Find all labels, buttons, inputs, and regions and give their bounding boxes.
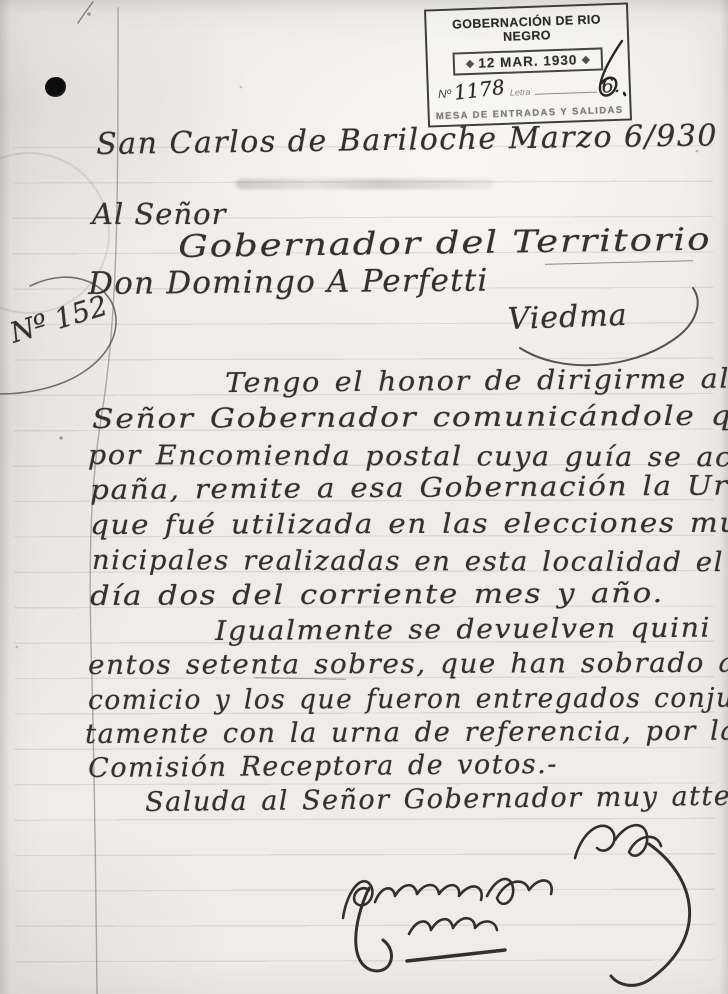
ghost-smudge (236, 179, 494, 189)
scanned-letter-page: GOBERNACIÓN DE RIO NEGRO 12 MAR. 1930 Nº… (0, 0, 728, 994)
body-line-3: por Encomienda postal cuya guía se acom (88, 440, 728, 473)
body-line-4: paña, remite a esa Gobernación la Urna (90, 470, 728, 506)
body-line-2: Señor Gobernador comunicándole que (92, 400, 728, 435)
signature-flourish (305, 810, 725, 994)
stamp-handwritten-figure (588, 36, 634, 110)
body-line-11: tamente con la urna de referencia, por l… (85, 716, 728, 750)
body-line-5: que fué utilizada en las elecciones mu (90, 508, 728, 541)
body-line-1: Tengo el honor de dirigirme al (225, 364, 728, 399)
stamp-number-label: Nº (438, 87, 452, 101)
body-line-10: comicio y los que fueron entregados conj… (88, 683, 728, 716)
body-line-12: Comisión Receptora de votos.- (88, 749, 558, 784)
body-line-8: Igualmente se devuelven quini (215, 613, 711, 647)
recipient-line-gobernador: Gobernador del Territorio (178, 222, 712, 265)
corner-mark-icon (76, 0, 96, 26)
stamp-letra-label: Letra (510, 87, 531, 98)
body-line-9: entos setenta sobres, que han sobrado al (88, 648, 728, 681)
body-line-7: día dos del corriente mes y año. (90, 578, 664, 612)
viedma-flourish (505, 282, 715, 377)
paper-specks (0, 0, 2, 2)
ink-dot (45, 77, 66, 97)
date-box-ornament-left-icon (466, 59, 474, 67)
stamp-date: 12 MAR. 1930 (478, 52, 578, 70)
recipient-line-don-domingo: Don Domingo A Perfetti (88, 263, 489, 302)
stamp-date-box: 12 MAR. 1930 (453, 47, 604, 75)
stamp-number-value: 1178 (453, 75, 506, 105)
recipient-line-al-senor: Al Señor (92, 197, 226, 231)
body-line-6: nicipales realizadas en esta localidad e… (92, 545, 724, 578)
